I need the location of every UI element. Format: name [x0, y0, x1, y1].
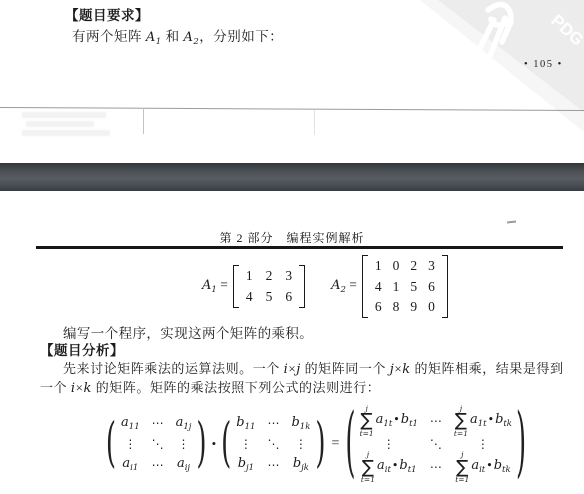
cell-aij: aij — [177, 457, 190, 473]
cell: 9 — [410, 300, 417, 314]
vdots: ⋮ — [178, 438, 190, 450]
cell-a11: a11 — [121, 416, 140, 432]
header-rule — [36, 246, 563, 249]
sigma-icon: ∑ — [455, 412, 467, 429]
intro-post: ，分别如下： — [199, 29, 283, 44]
ddots: ⋱ — [430, 438, 442, 450]
matrix-definitions: A1 = 1 2 3 4 5 6 A2 = — [202, 255, 448, 318]
matrix-a1: A1 = 1 2 3 4 5 6 — [202, 265, 305, 308]
product-term: a1t•btk — [470, 413, 512, 429]
matrix-a2-grid: 1 0 2 3 4 1 5 6 6 8 9 0 — [368, 255, 442, 318]
cell: 4 — [246, 290, 253, 304]
paren-open: ( — [221, 417, 231, 470]
formula-result-matrix: j∑t=1 a1t•bt1 ⋯ j∑t=1 a1t•btk ⋮ ⋱ ⋮ j∑t=… — [360, 405, 512, 483]
cell: 6 — [285, 290, 292, 304]
product-term: ait•bt1 — [377, 459, 417, 475]
a2-sub: 2 — [340, 285, 345, 295]
cell: 2 — [410, 259, 417, 273]
hdots: ⋯ — [152, 417, 164, 429]
cell: 1 — [393, 280, 400, 294]
scanned-book-viewer: PDG 【题目要求】 有两个矩阵 A1 和 A2，分别如下： • 105 • 第… — [0, 0, 584, 494]
watermark-pdg: PDG — [384, 0, 584, 150]
cell-b11: b11 — [236, 416, 255, 432]
ddots: ⋱ — [152, 438, 164, 450]
intro-mid: 和 — [162, 29, 184, 44]
matrix-symbol-a2: A — [183, 30, 193, 45]
scan-artifact-dash — [507, 221, 516, 223]
page-gap-divider — [0, 163, 584, 191]
hdots: ⋯ — [430, 461, 442, 473]
vdots: ⋮ — [124, 438, 136, 450]
cell: 3 — [285, 269, 292, 283]
cell: 2 — [266, 269, 273, 283]
text: 先来讨论矩阵乘法的运算法则。一个 — [63, 361, 284, 376]
paren-open: ( — [106, 417, 116, 470]
text: 的矩阵。矩阵的乘法按照下列公式的法则进行： — [92, 380, 380, 395]
analysis-line-1: 先来讨论矩阵乘法的运算法则。一个 i×j 的矩阵同一个 j×k 的矩阵相乘，结果… — [63, 358, 564, 377]
sigma-stack: j∑t=1 — [454, 405, 468, 437]
times-sign: × — [76, 380, 84, 395]
hdots: ⋯ — [267, 417, 279, 429]
right-bracket — [442, 255, 448, 318]
sigma-icon: ∑ — [456, 459, 468, 476]
vdots: ⋮ — [240, 438, 252, 450]
matrix-a1-label: A1 = — [202, 277, 228, 295]
scan-artifact-line — [143, 108, 144, 134]
cell: 6 — [428, 280, 435, 294]
faint-print-through — [22, 112, 114, 139]
section-heading-requirements: 【题目要求】 — [65, 4, 149, 24]
scan-artifact-line-2 — [314, 110, 315, 135]
section-heading-analysis: 【题目分析】 — [40, 339, 124, 359]
var-k: k — [84, 381, 92, 396]
sum-cell-33: j∑t=1 ait•btk — [455, 451, 510, 483]
cell: 4 — [375, 280, 382, 294]
cell: 0 — [393, 259, 400, 273]
cell: 0 — [428, 300, 435, 314]
sum-cell-13: j∑t=1 a1t•btk — [454, 405, 512, 437]
a1-base: A — [202, 278, 211, 293]
page-number: • 105 • — [524, 59, 563, 70]
a1-equals: = — [220, 277, 228, 292]
sigma-stack: j∑t=1 — [455, 451, 469, 483]
product-term: ait•btk — [471, 459, 510, 475]
matrix-a2-label: A2 = — [331, 277, 357, 295]
vdots: ⋮ — [477, 438, 489, 450]
intro-line: 有两个矩阵 A1 和 A2，分别如下： — [72, 25, 283, 47]
running-header: 第 2 部分 编程实例解析 — [0, 229, 584, 246]
cell: 3 — [428, 259, 435, 273]
equals-sign: = — [332, 436, 340, 452]
sigma-icon: ∑ — [361, 412, 373, 429]
text: 一个 — [40, 380, 71, 395]
smudge-row — [26, 121, 94, 127]
cell: 6 — [375, 300, 382, 314]
formula-matrix-a: a11 ⋯ a1j ⋮ ⋱ ⋮ ai1 ⋯ aij — [121, 416, 191, 473]
intro-pre: 有两个矩阵 — [72, 29, 146, 44]
cell-bjk: bjk — [293, 457, 309, 473]
cell-ai1: ai1 — [122, 457, 138, 473]
sigma-icon: ∑ — [362, 459, 374, 476]
cell: 5 — [266, 290, 273, 304]
text: 的矩阵相乘，结果是得到 — [411, 361, 564, 376]
hdots: ⋯ — [430, 415, 442, 427]
vdots: ⋮ — [383, 438, 395, 450]
analysis-line-2: 一个 i×k 的矩阵。矩阵的乘法按照下列公式的法则进行： — [40, 377, 380, 396]
vdots: ⋮ — [295, 438, 307, 450]
smudge-row — [22, 130, 110, 136]
a1-sub: 1 — [211, 285, 216, 295]
matrix-multiplication-formula: ( a11 ⋯ a1j ⋮ ⋱ ⋮ ai1 ⋯ aij ) • ( b11 ⋯ … — [0, 396, 584, 492]
paren-open-big: ( — [345, 406, 355, 483]
cell-a1j: a1j — [176, 416, 192, 432]
paren-close-big: ) — [516, 406, 526, 483]
cell: 5 — [410, 280, 417, 294]
cell: 1 — [375, 259, 382, 273]
matrix-a1-body: 1 2 3 4 5 6 — [233, 265, 305, 308]
cell: 8 — [393, 300, 400, 314]
multiply-dot: • — [212, 436, 217, 452]
matrix-a1-grid: 1 2 3 4 5 6 — [239, 265, 299, 308]
var-k: k — [402, 362, 410, 377]
matrix-symbol-a1: A — [146, 30, 156, 45]
cell-b1k: b1k — [291, 416, 310, 432]
sigma-stack: j∑t=1 — [361, 451, 375, 483]
sum-cell-31: j∑t=1 ait•bt1 — [361, 451, 417, 483]
product-term: a1t•bt1 — [376, 413, 418, 429]
ddots: ⋱ — [267, 438, 279, 450]
right-bracket — [299, 265, 305, 308]
sum-cell-11: j∑t=1 a1t•bt1 — [360, 405, 418, 437]
sigma-stack: j∑t=1 — [360, 405, 374, 437]
hdots: ⋯ — [152, 459, 164, 471]
cell-bj1: bj1 — [238, 457, 254, 473]
text: 的矩阵同一个 — [301, 361, 390, 376]
page-bottom: 第 2 部分 编程实例解析 A1 = 1 2 3 4 5 6 — [0, 191, 584, 494]
cell: 1 — [246, 269, 253, 283]
hdots: ⋯ — [267, 459, 279, 471]
paren-close: ) — [315, 417, 325, 470]
paren-close: ) — [196, 417, 206, 470]
formula-matrix-b: b11 ⋯ b1k ⋮ ⋱ ⋮ bj1 ⋯ bjk — [236, 416, 310, 473]
matrix-a2: A2 = 1 0 2 3 4 1 5 6 6 8 9 — [331, 255, 448, 318]
smudge-row — [22, 112, 106, 118]
a2-equals: = — [349, 277, 357, 292]
matrix-a2-body: 1 0 2 3 4 1 5 6 6 8 9 0 — [362, 255, 448, 318]
